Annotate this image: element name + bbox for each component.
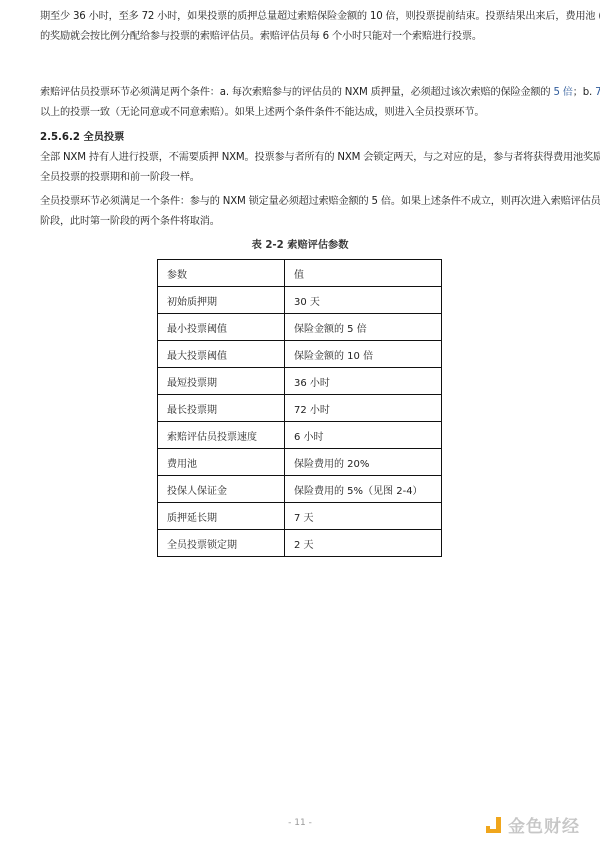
highlight-70-percent: 70% xyxy=(595,87,600,98)
param-value: 保险金额的 5 倍 xyxy=(285,314,442,341)
paragraph-all-member-vote: 全部 NXM 持有人进行投票，不需要质押 NXM。投票参与者所有的 NXM 会锁… xyxy=(40,148,570,188)
table-row: 最小投票阈值 保险金额的 5 倍 xyxy=(158,314,442,341)
header-cell: 参数 xyxy=(158,260,285,287)
paragraph-assessor-conditions: 索赔评估员投票环节必须满足两个条件：a. 每次索赔参与的评估员的 NXM 质押量… xyxy=(40,83,570,123)
text-line: 全员投票的投票期和前一阶段一样。 xyxy=(40,168,570,188)
text-line: 全部 NXM 持有人进行投票，不需要质押 NXM。投票参与者所有的 NXM 会锁… xyxy=(40,148,570,168)
table-row: 最短投票期 36 小时 xyxy=(158,368,442,395)
document-page: 期至少 36 小时，至多 72 小时，如果投票的质押总量超过索赔保险金额的 10… xyxy=(0,0,600,848)
param-name: 索赔评估员投票速度 xyxy=(158,422,285,449)
table-row: 初始质押期 30 天 xyxy=(158,287,442,314)
param-value: 7 天 xyxy=(285,503,442,530)
param-name: 最小投票阈值 xyxy=(158,314,285,341)
param-value: 2 天 xyxy=(285,530,442,557)
param-value: 36 小时 xyxy=(285,368,442,395)
param-name: 费用池 xyxy=(158,449,285,476)
table-row: 最长投票期 72 小时 xyxy=(158,395,442,422)
paragraph-voting-period: 期至少 36 小时，至多 72 小时，如果投票的质押总量超过索赔保险金额的 10… xyxy=(40,7,570,47)
table-row: 最大投票阈值 保险金额的 10 倍 xyxy=(158,341,442,368)
text-line: 期至少 36 小时，至多 72 小时，如果投票的质押总量超过索赔保险金额的 10… xyxy=(40,7,570,27)
brand-mark-icon xyxy=(486,817,502,833)
text-line: 阶段，此时第一阶段的两个条件将取消。 xyxy=(40,212,570,232)
param-name: 初始质押期 xyxy=(158,287,285,314)
section-heading: 2.5.6.2 全员投票 xyxy=(40,128,124,148)
param-value: 6 小时 xyxy=(285,422,442,449)
table-row: 投保人保证金 保险费用的 5%（见图 2-4） xyxy=(158,476,442,503)
header-cell: 值 xyxy=(285,260,442,287)
param-name: 最长投票期 xyxy=(158,395,285,422)
table-row: 质押延长期 7 天 xyxy=(158,503,442,530)
param-name: 全员投票锁定期 xyxy=(158,530,285,557)
table-row: 全员投票锁定期 2 天 xyxy=(158,530,442,557)
param-value: 保险费用的 20% xyxy=(285,449,442,476)
text-line: 索赔评估员投票环节必须满足两个条件：a. 每次索赔参与的评估员的 NXM 质押量… xyxy=(40,83,570,103)
brand-name: 金色财经 xyxy=(508,812,580,837)
param-name: 质押延长期 xyxy=(158,503,285,530)
param-value: 72 小时 xyxy=(285,395,442,422)
param-value: 30 天 xyxy=(285,287,442,314)
table-caption: 表 2-2 索赔评估参数 xyxy=(0,236,600,256)
paragraph-all-member-condition: 全员投票环节必须满足一个条件：参与的 NXM 锁定量必须超过索赔金额的 5 倍。… xyxy=(40,192,570,232)
param-name: 投保人保证金 xyxy=(158,476,285,503)
text-segment: ；b. xyxy=(573,87,595,98)
table-row: 费用池 保险费用的 20% xyxy=(158,449,442,476)
param-name: 最大投票阈值 xyxy=(158,341,285,368)
highlight-5x: 5 倍 xyxy=(553,87,572,98)
text-line: 全员投票环节必须满足一个条件：参与的 NXM 锁定量必须超过索赔金额的 5 倍。… xyxy=(40,192,570,212)
param-value: 保险费用的 5%（见图 2-4） xyxy=(285,476,442,503)
param-value: 保险金额的 10 倍 xyxy=(285,341,442,368)
text-line: 的奖励就会按比例分配给参与投票的索赔评估员。索赔评估员每 6 个小时只能对一个索… xyxy=(40,27,570,47)
brand-logo: 金色财经 xyxy=(486,812,580,837)
claim-assessment-parameters-table: 参数 值 初始质押期 30 天 最小投票阈值 保险金额的 5 倍 最大投票阈值 … xyxy=(157,259,442,557)
table-row: 索赔评估员投票速度 6 小时 xyxy=(158,422,442,449)
text-line: 以上的投票一致（无论同意或不同意索赔）。如果上述两个条件条件不能达成，则进入全员… xyxy=(40,103,570,123)
table-header-row: 参数 值 xyxy=(158,260,442,287)
text-segment: 索赔评估员投票环节必须满足两个条件：a. 每次索赔参与的评估员的 NXM 质押量… xyxy=(40,87,553,98)
param-name: 最短投票期 xyxy=(158,368,285,395)
